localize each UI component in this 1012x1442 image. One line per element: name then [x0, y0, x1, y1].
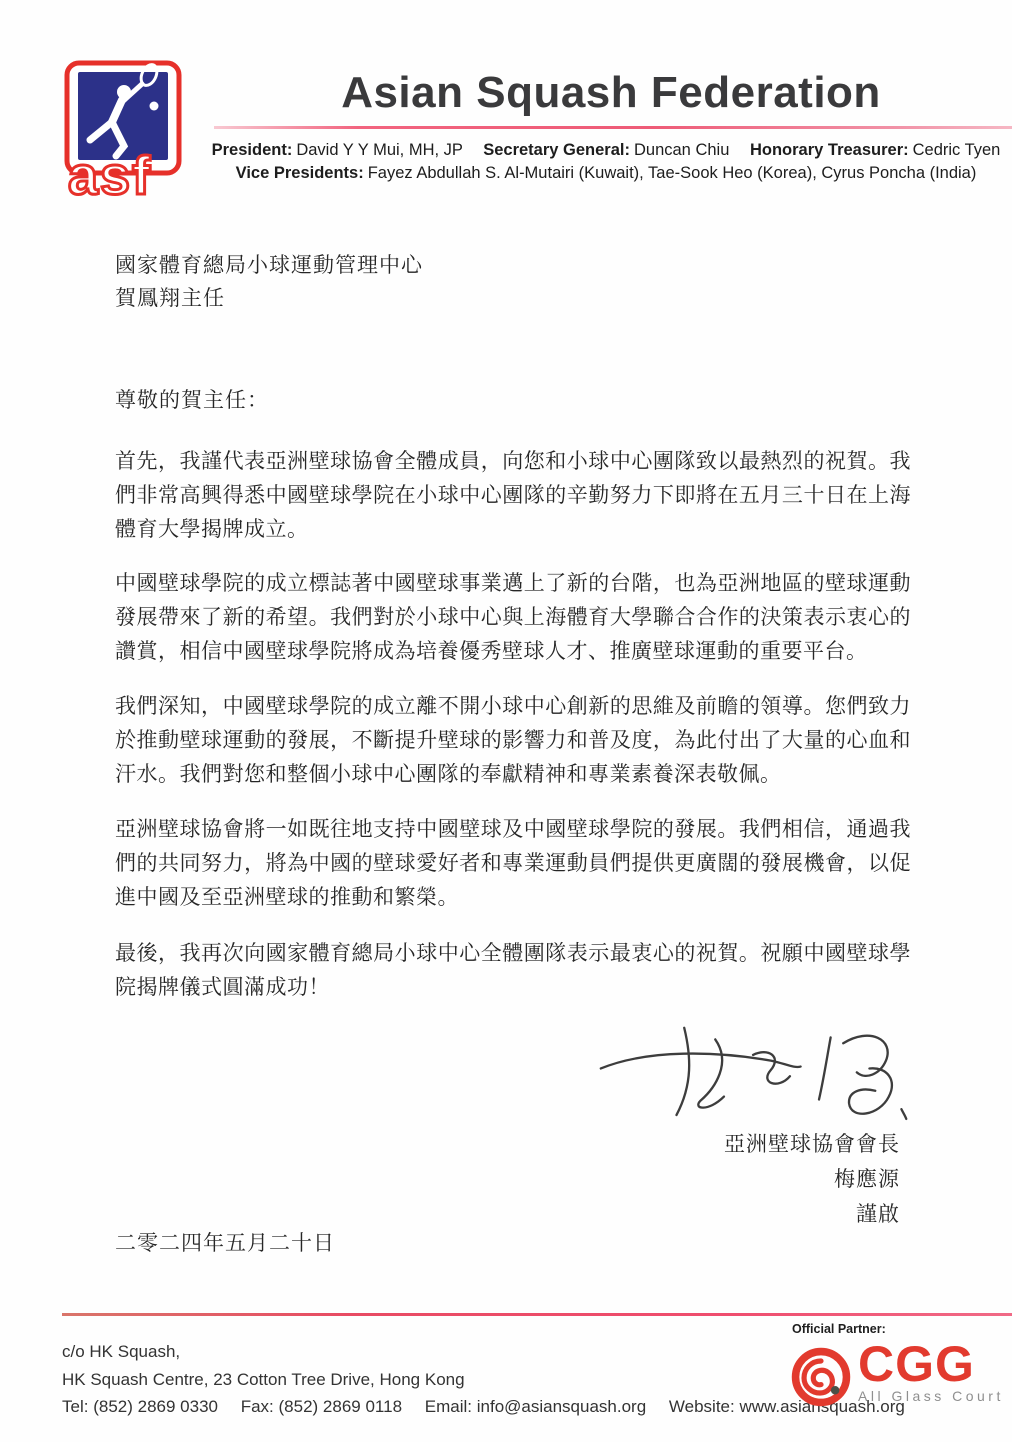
officer-label: Honorary Treasurer: — [750, 141, 909, 159]
signature-image — [595, 1012, 915, 1124]
officer-label: President: — [212, 141, 293, 159]
officers-line-2: Vice Presidents:Fayez Abdullah S. Al-Mut… — [200, 162, 1012, 185]
footer-address-line2: HK Squash Centre, 23 Cotton Tree Drive, … — [62, 1366, 905, 1394]
letter-page: asf Asian Squash Federation President:Da… — [0, 0, 1012, 1442]
footer-divider — [62, 1313, 1012, 1316]
officers-line-1: President:David Y Y Mui, MH, JP Secretar… — [200, 139, 1012, 162]
officer-honorary-treasurer: Honorary Treasurer:Cedric Tyen — [750, 141, 1000, 159]
header-divider — [214, 126, 1012, 129]
signoff-block: 亞洲壁球協會會長 梅應源 謹啟 — [724, 1127, 900, 1232]
recipient-organization: 國家體育總局小球運動管理中心 — [115, 249, 911, 282]
officer-president: President:David Y Y Mui, MH, JP — [212, 141, 463, 159]
contact-label: Website: — [669, 1397, 735, 1416]
footer-address-block: c/o HK Squash, HK Squash Centre, 23 Cott… — [62, 1338, 905, 1421]
contact-value: info@asiansquash.org — [477, 1397, 646, 1416]
footer-contact-line: Tel: (852) 2869 0330 Fax: (852) 2869 011… — [62, 1393, 905, 1421]
officer-value: Duncan Chiu — [634, 141, 729, 159]
officer-value: David Y Y Mui, MH, JP — [296, 141, 462, 159]
officer-label: Vice Presidents: — [236, 164, 364, 182]
recipient-person: 賀鳳翔主任 — [115, 282, 911, 315]
contact-value: (852) 2869 0330 — [93, 1397, 218, 1416]
officers-block: President:David Y Y Mui, MH, JP Secretar… — [200, 139, 1012, 185]
footer-fax: Fax: (852) 2869 0118 — [241, 1397, 402, 1416]
official-partner-label: Official Partner: — [792, 1322, 1012, 1336]
paragraph-1: 首先，我謹代表亞洲壁球協會全體成員，向您和小球中心團隊致以最熱烈的祝賀。我們非常… — [115, 444, 911, 546]
signoff-title: 亞洲壁球協會會長 — [724, 1127, 900, 1162]
paragraph-5: 最後，我再次向國家體育總局小球中心全體團隊表示最衷心的祝賀。祝願中國壁球學院揭牌… — [115, 936, 911, 1004]
asf-logo: asf — [62, 58, 186, 200]
letter-date: 二零二四年五月二十日 — [115, 1227, 911, 1260]
cgg-tagline: All Glass Court — [858, 1388, 1004, 1404]
contact-label: Tel: — [62, 1397, 88, 1416]
footer-tel: Tel: (852) 2869 0330 — [62, 1397, 218, 1416]
footer-address-line1: c/o HK Squash, — [62, 1338, 905, 1366]
asf-logo-text: asf — [68, 146, 152, 200]
organization-title: Asian Squash Federation — [210, 68, 1012, 118]
contact-label: Email: — [425, 1397, 472, 1416]
officer-vice-presidents: Vice Presidents:Fayez Abdullah S. Al-Mut… — [236, 164, 977, 182]
recipient-block: 國家體育總局小球運動管理中心 賀鳳翔主任 — [115, 249, 911, 315]
cgg-swirl-icon — [788, 1341, 854, 1413]
contact-value: (852) 2869 0118 — [279, 1397, 403, 1416]
officer-label: Secretary General: — [483, 141, 630, 159]
footer-email: Email: info@asiansquash.org — [425, 1397, 646, 1416]
paragraph-4: 亞洲壁球協會將一如既往地支持中國壁球及中國壁球學院的發展。我們相信，通過我們的共… — [115, 812, 911, 914]
contact-label: Fax: — [241, 1397, 274, 1416]
cgg-logo-text: CGG — [858, 1341, 1004, 1388]
official-partner-block: Official Partner: CGG All Glass Court — [788, 1322, 1012, 1413]
signoff-name: 梅應源 — [724, 1162, 900, 1197]
officer-secretary-general: Secretary General:Duncan Chiu — [483, 141, 729, 159]
paragraph-2: 中國壁球學院的成立標誌著中國壁球事業邁上了新的台階，也為亞洲地區的壁球運動發展帶… — [115, 566, 911, 668]
officer-value: Fayez Abdullah S. Al-Mutairi (Kuwait), T… — [368, 164, 977, 182]
salutation: 尊敬的賀主任： — [115, 384, 911, 417]
officer-value: Cedric Tyen — [913, 141, 1001, 159]
paragraph-3: 我們深知，中國壁球學院的成立離不開小球中心創新的思維及前瞻的領導。您們致力於推動… — [115, 689, 911, 791]
